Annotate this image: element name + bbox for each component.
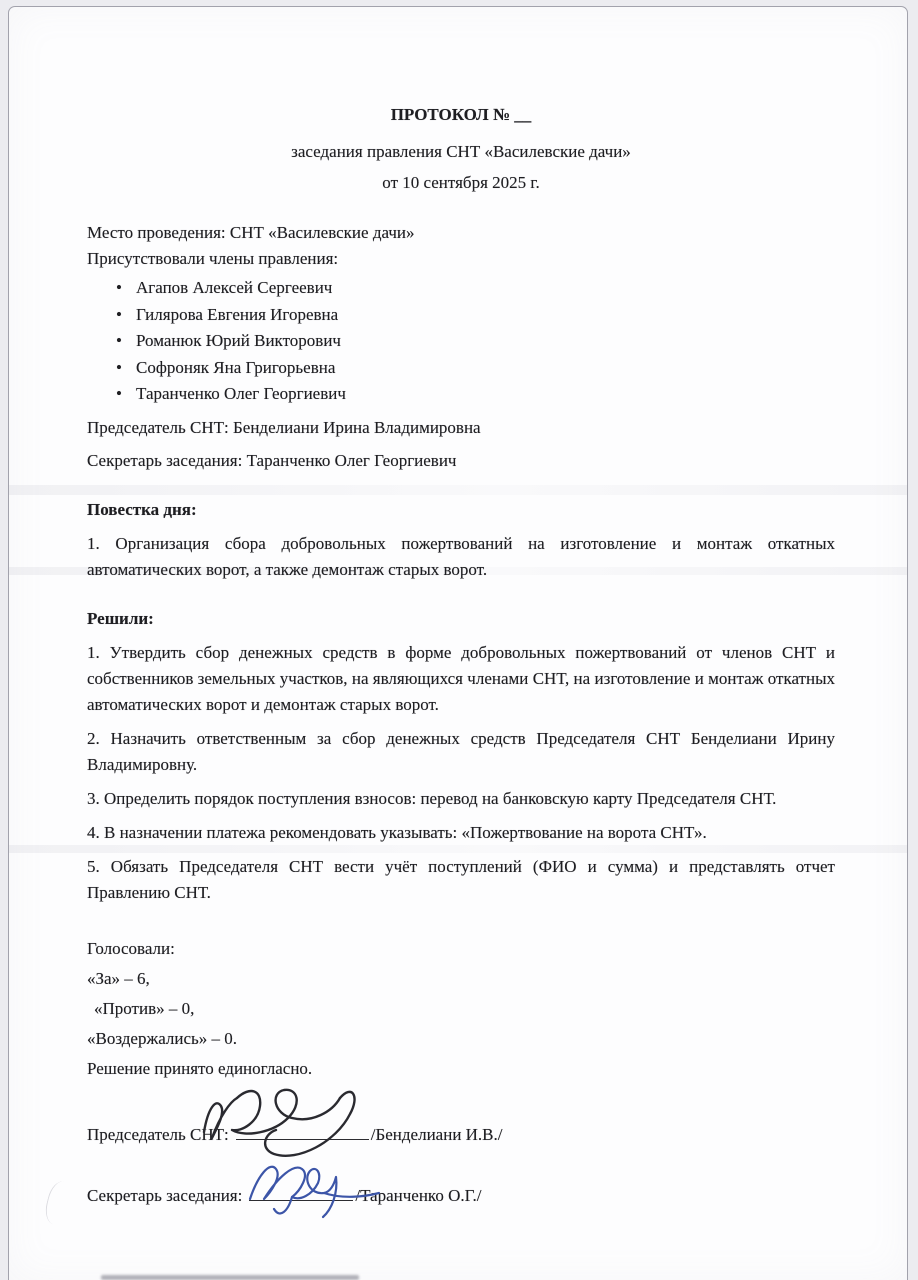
attendees-label: Присутствовали члены правления: [87, 246, 835, 272]
attendee-item: Агапов Алексей Сергеевич [87, 275, 835, 302]
attendee-item: Гилярова Евгения Игоревна [87, 302, 835, 329]
chairman-signature-name: /Бенделиани И.В./ [371, 1125, 503, 1144]
voting-against: «Против» – 0, [87, 996, 835, 1022]
secretary-signature-line [249, 1183, 353, 1201]
meta-block: Место проведения: СНТ «Василевские дачи»… [87, 220, 835, 272]
agenda-heading: Повестка дня: [87, 497, 835, 523]
chairman-signature-row: Председатель СНТ:/Бенделиани И.В./ [87, 1122, 835, 1148]
document-subtitle: заседания правления СНТ «Василевские дач… [87, 142, 835, 162]
attendee-item: Софроняк Яна Григорьевна [87, 355, 835, 382]
document-date: от 10 сентября 2025 г. [87, 173, 835, 193]
voting-heading: Голосовали: [87, 936, 835, 962]
pencil-mark [42, 1179, 75, 1227]
voting-for: «За» – 6, [87, 966, 835, 992]
resolution-item: 3. Определить порядок поступления взносо… [87, 786, 835, 812]
chairman-signature-label: Председатель СНТ: [87, 1125, 229, 1144]
document-title: ПРОТОКОЛ № __ [87, 7, 835, 125]
resolution-item: 1. Утвердить сбор денежных средств в фор… [87, 640, 835, 718]
chairman-signature-line [236, 1122, 369, 1140]
secretary-signature-label: Секретарь заседания: [87, 1186, 242, 1205]
resolution-item: 2. Назначить ответственным за сбор денеж… [87, 726, 835, 778]
secretary-signature-name: /Таранченко О.Г./ [355, 1186, 481, 1205]
location-line: Место проведения: СНТ «Василевские дачи» [87, 220, 835, 246]
document-content: ПРОТОКОЛ № __ заседания правления СНТ «В… [87, 7, 835, 1209]
attendees-list: Агапов Алексей Сергеевич Гилярова Евгени… [87, 275, 835, 408]
secretary-signature-row: Секретарь заседания:/Таранченко О.Г./ [87, 1183, 835, 1209]
voting-abstain: «Воздержались» – 0. [87, 1026, 835, 1052]
resolution-item: 4. В назначении платежа рекомендовать ук… [87, 820, 835, 846]
agenda-item: 1. Организация сбора добровольных пожерт… [87, 531, 835, 583]
scan-smudge [101, 1275, 359, 1280]
chairman-signature-image [190, 1068, 370, 1170]
resolutions-heading: Решили: [87, 606, 835, 632]
attendee-item: Романюк Юрий Викторович [87, 328, 835, 355]
attendee-item: Таранченко Олег Георгиевич [87, 381, 835, 408]
chairman-line: Председатель СНТ: Бенделиани Ирина Влади… [87, 415, 835, 441]
secretary-line: Секретарь заседания: Таранченко Олег Гео… [87, 448, 835, 474]
resolution-item: 5. Обязать Председателя СНТ вести учёт п… [87, 854, 835, 906]
voting-result: Решение принято единогласно. [87, 1056, 835, 1082]
scanned-document-page: ПРОТОКОЛ № __ заседания правления СНТ «В… [8, 6, 908, 1280]
